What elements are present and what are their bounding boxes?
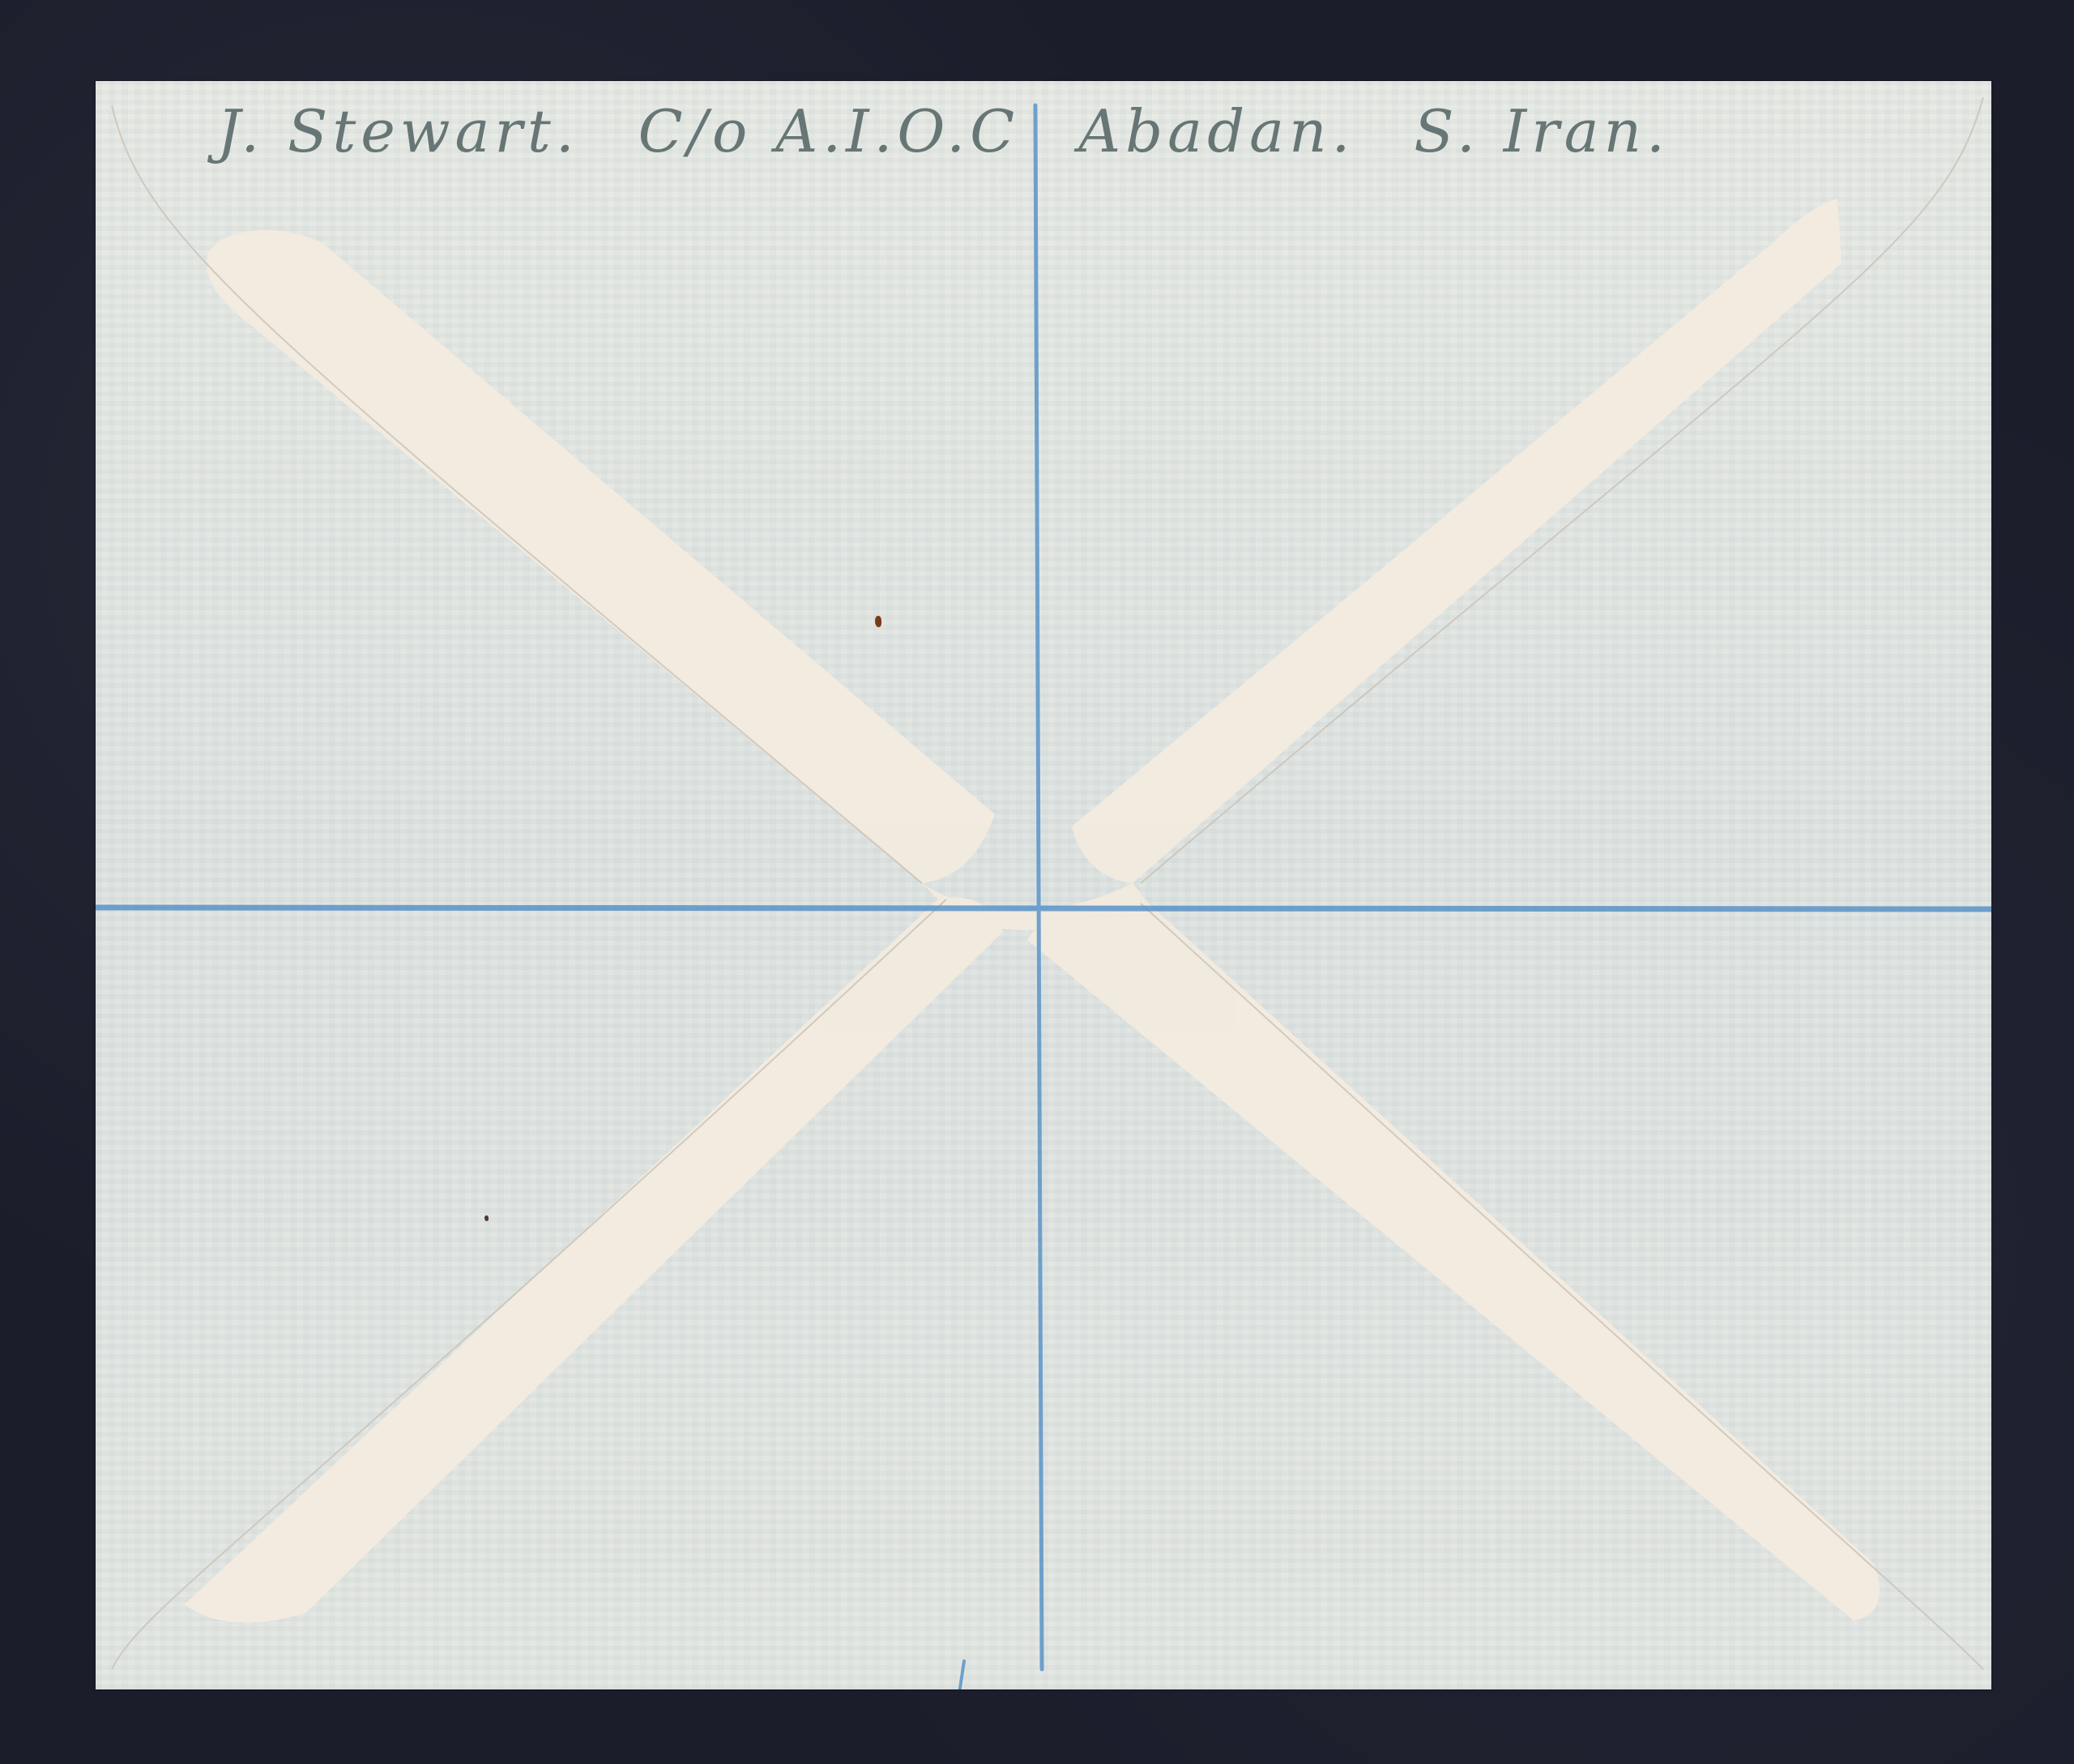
- flap-band-bottom-right: [1027, 895, 1880, 1621]
- sender-care-of: C/o A.I.O.C: [638, 97, 1020, 165]
- sender-city: Abadan.: [1078, 97, 1355, 165]
- registration-line-vertical: [1035, 105, 1042, 1669]
- envelope-back: J. Stewart. C/o A.I.O.C Abadan. S. Iran.: [96, 81, 1991, 1689]
- sender-region: S. Iran.: [1414, 97, 1670, 165]
- sender-address-handwritten: J. Stewart. C/o A.I.O.C Abadan. S. Iran.: [217, 97, 1705, 165]
- dirt-spot: [484, 1215, 489, 1221]
- flap-band-bottom-left: [185, 897, 1003, 1622]
- envelope-flaps: [96, 81, 1991, 1689]
- sender-name: J. Stewart.: [217, 97, 579, 165]
- registration-line-horizontal: [96, 908, 1991, 909]
- flap-band-top-left: [207, 230, 995, 883]
- rust-spot: [875, 616, 881, 627]
- registration-tick-bottom: [957, 1661, 964, 1689]
- flap-band-top-right: [1072, 199, 1841, 883]
